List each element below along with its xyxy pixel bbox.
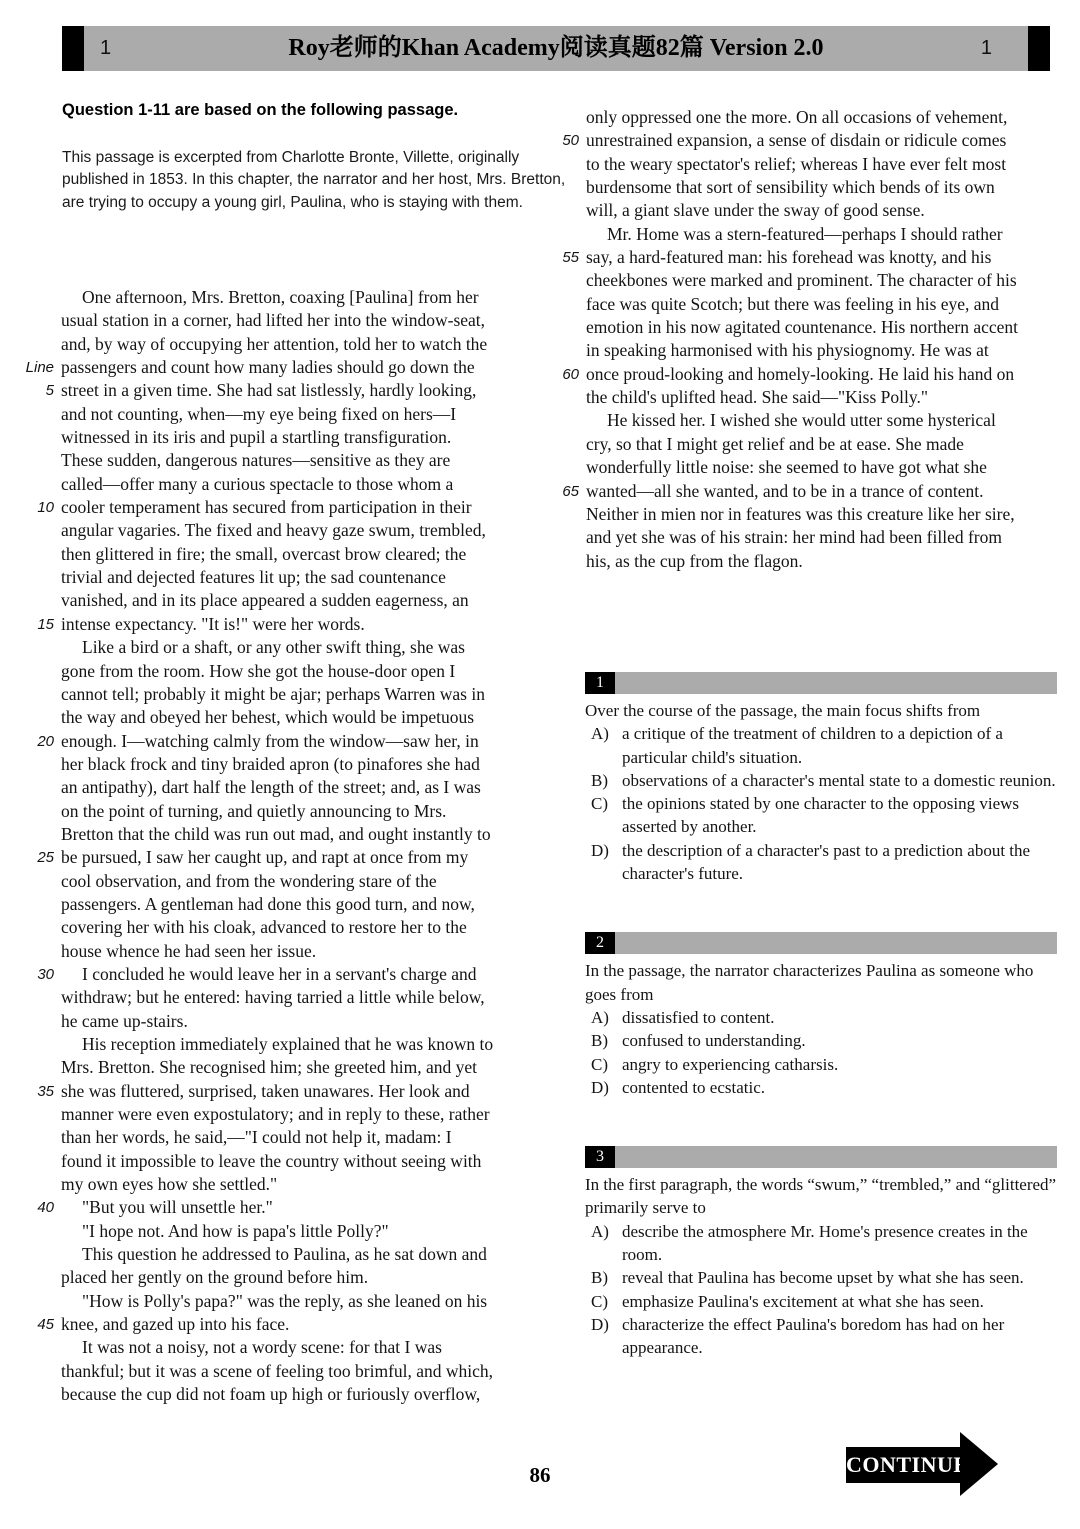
passage-text: will, a giant slave under the sway of go… [586,199,925,222]
passage-line: 45knee, and gazed up into his face. [20,1313,562,1336]
passage-text: cooler temperament has secured from part… [61,496,472,519]
passage-line: face was quite Scotch; but there was fee… [550,293,1080,316]
passage-text: "But you will unsettle her." [61,1196,273,1219]
passage-line: and yet she was of his strain: her mind … [550,526,1080,549]
passage-line: to the weary spectator's relief; whereas… [550,153,1080,176]
answer-choice[interactable]: C)the opinions stated by one character t… [585,792,1057,839]
question-bar-fill [615,672,1057,694]
passage-line: 55say, a hard-featured man: his forehead… [550,246,1080,269]
line-number [550,269,586,292]
header-title: Roy老师的Khan Academy阅读真题82篇 Version 2.0 [62,26,1050,71]
passage-line: and, by way of occupying her attention, … [20,333,562,356]
line-number: 25 [20,846,61,869]
passage-line: His reception immediately explained that… [20,1033,562,1056]
passage-line: 65wanted—all she wanted, and to be in a … [550,480,1080,503]
passage-line: cannot tell; probably it might be ajar; … [20,683,562,706]
passage-text: His reception immediately explained that… [61,1033,493,1056]
passage-text: "I hope not. And how is papa's little Po… [61,1220,389,1243]
answer-choice-label: D) [585,839,622,886]
passage-text: manner were even expostulatory; and in r… [61,1103,490,1126]
passage-text: unrestrained expansion, a sense of disda… [586,129,1006,152]
passage-line: placed her gently on the ground before h… [20,1266,562,1289]
passage-text: knee, and gazed up into his face. [61,1313,289,1336]
line-number: 20 [20,730,61,753]
line-number [20,1243,61,1266]
passage-line: found it impossible to leave the country… [20,1150,562,1173]
continue-button[interactable]: CONTINUE [846,1447,962,1483]
passage-text: placed her gently on the ground before h… [61,1266,368,1289]
question-2: 2In the passage, the narrator characteri… [585,932,1057,1099]
line-number [20,823,61,846]
line-number [20,916,61,939]
passage-line: and not counting, when—my eye being fixe… [20,403,562,426]
passage-line: "I hope not. And how is papa's little Po… [20,1220,562,1243]
passage-line: Neither in mien nor in features was this… [550,503,1080,526]
question-3: 3In the first paragraph, the words “swum… [585,1146,1057,1359]
line-number [20,1290,61,1313]
answer-choice-text: observations of a character's mental sta… [622,769,1057,792]
passage-text: Mrs. Bretton. She recognised him; she gr… [61,1056,477,1079]
line-number [20,660,61,683]
passage-text: she was fluttered, surprised, taken unaw… [61,1080,470,1103]
answer-choice-label: A) [585,1220,622,1267]
line-number [20,519,61,542]
line-number [20,1126,61,1149]
passage-line: usual station in a corner, had lifted he… [20,309,562,332]
passage-text: passengers. A gentleman had done this go… [61,893,475,916]
passage-line: the way and obeyed her behest, which wou… [20,706,562,729]
passage-text: then glittered in fire; the small, overc… [61,543,466,566]
passage-line: covering her with his cloak, advanced to… [20,916,562,939]
question-prompt: Over the course of the passage, the main… [585,699,1057,722]
passage-line: 35she was fluttered, surprised, taken un… [20,1080,562,1103]
passage-line: 25be pursued, I saw her caught up, and r… [20,846,562,869]
line-number [20,1173,61,1196]
passage-line: house whence he had seen her issue. [20,940,562,963]
line-number: 5 [20,379,61,402]
line-number [20,566,61,589]
passage-line: Like a bird or a shaft, or any other swi… [20,636,562,659]
passage-line: It was not a noisy, not a wordy scene: f… [20,1336,562,1359]
passage-line: on the point of turning, and quietly ann… [20,800,562,823]
answer-choice[interactable]: B)confused to understanding. [585,1029,1057,1052]
passage-text: I concluded he would leave her in a serv… [61,963,476,986]
question-number-bar: 1 [585,672,1057,694]
line-number: Line [20,356,61,379]
passage-line: Linepassengers and count how many ladies… [20,356,562,379]
question-bar-fill [615,1146,1057,1168]
answer-choice-label: C) [585,1053,622,1076]
passage-line: He kissed her. I wished she would utter … [550,409,1080,432]
answer-choice[interactable]: B)observations of a character's mental s… [585,769,1057,792]
line-number [20,870,61,893]
passage-text: cannot tell; probably it might be ajar; … [61,683,485,706]
passage-text: enough. I—watching calmly from the windo… [61,730,479,753]
answer-choice-label: B) [585,1029,622,1052]
passage-text: found it impossible to leave the country… [61,1150,481,1173]
passage-text: in speaking harmonised with his physiogn… [586,339,989,362]
line-number [20,1383,61,1406]
passage-text: her black frock and tiny braided apron (… [61,753,480,776]
passage-line: my own eyes how she settled." [20,1173,562,1196]
answer-choice[interactable]: D)contented to ecstatic. [585,1076,1057,1099]
page-header-bar: 1 Roy老师的Khan Academy阅读真题82篇 Version 2.0 … [62,26,1050,71]
passage-text: cool observation, and from the wondering… [61,870,437,893]
line-number [20,706,61,729]
line-number [550,106,586,129]
questions-section: 1Over the course of the passage, the mai… [585,672,1057,1360]
answer-choice[interactable]: A)describe the atmosphere Mr. Home's pre… [585,1220,1057,1267]
passage-line: then glittered in fire; the small, overc… [20,543,562,566]
passage-text: the child's uplifted head. She said—"Kis… [586,386,928,409]
line-number [20,1266,61,1289]
line-number [550,409,586,432]
line-number [550,293,586,316]
test-page: 1 Roy老师的Khan Academy阅读真题82篇 Version 2.0 … [0,0,1080,1529]
passage-line: vanished, and in its place appeared a su… [20,589,562,612]
line-number [20,543,61,566]
passage-text: say, a hard-featured man: his forehead w… [586,246,991,269]
line-number: 50 [550,129,586,152]
passage-line: 10cooler temperament has secured from pa… [20,496,562,519]
line-number [550,456,586,479]
passage-text: the way and obeyed her behest, which wou… [61,706,474,729]
passage-text: house whence he had seen her issue. [61,940,316,963]
passage-text: intense expectancy. "It is!" were her wo… [61,613,365,636]
passage-line: This question he addressed to Paulina, a… [20,1243,562,1266]
passage-text: gone from the room. How she got the hous… [61,660,455,683]
passage-text: cheekbones were marked and prominent. Th… [586,269,1017,292]
answer-choice-label: D) [585,1076,622,1099]
line-number [550,339,586,362]
passage-line: called—offer many a curious spectacle to… [20,473,562,496]
passage-text: angular vagaries. The fixed and heavy ga… [61,519,486,542]
answer-choice-label: C) [585,792,622,839]
passage-text: Mr. Home was a stern-featured—perhaps I … [586,223,1003,246]
passage-line: cool observation, and from the wondering… [20,870,562,893]
passage-line: gone from the room. How she got the hous… [20,660,562,683]
line-number [20,893,61,916]
line-number [20,800,61,823]
passage-text: my own eyes how she settled." [61,1173,277,1196]
line-number [20,753,61,776]
line-number [20,1010,61,1033]
passage-text: emotion in his now agitated countenance.… [586,316,1018,339]
passage-text: once proud-looking and homely-looking. H… [586,363,1014,386]
answer-choice[interactable]: D)characterize the effect Paulina's bore… [585,1313,1057,1360]
passage-line: 50unrestrained expansion, a sense of dis… [550,129,1080,152]
passage-line: passengers. A gentleman had done this go… [20,893,562,916]
passage-text: be pursued, I saw her caught up, and rap… [61,846,468,869]
passage-line: thankful; but it was a scene of feeling … [20,1360,562,1383]
passage-line: angular vagaries. The fixed and heavy ga… [20,519,562,542]
answer-choice[interactable]: A)dissatisfied to content. [585,1006,1057,1029]
passage-line: witnessed in its iris and pupil a startl… [20,426,562,449]
answer-choice[interactable]: D)the description of a character's past … [585,839,1057,886]
passage-text: witnessed in its iris and pupil a startl… [61,426,451,449]
line-number [550,503,586,526]
passage-text: his, as the cup from the flagon. [586,550,803,573]
passage-text: Neither in mien nor in features was this… [586,503,1015,526]
passage-text: It was not a noisy, not a wordy scene: f… [61,1336,442,1359]
answer-choice-text: dissatisfied to content. [622,1006,1057,1029]
answer-choice-label: A) [585,722,622,769]
line-number [550,316,586,339]
line-number [20,449,61,472]
line-number [20,589,61,612]
line-number [20,776,61,799]
passage-text: This question he addressed to Paulina, a… [61,1243,487,1266]
passage-source-note: This passage is excerpted from Charlotte… [62,147,570,214]
answer-choice[interactable]: A)a critique of the treatment of childre… [585,722,1057,769]
line-number [20,333,61,356]
question-number-bar: 3 [585,1146,1057,1168]
passage-line: wonderfully little noise: she seemed to … [550,456,1080,479]
passage-line: in speaking harmonised with his physiogn… [550,339,1080,362]
passage-line: withdraw; but he entered: having tarried… [20,986,562,1009]
answer-choice-text: a critique of the treatment of children … [622,722,1057,769]
passage-text: withdraw; but he entered: having tarried… [61,986,485,1009]
line-number [550,153,586,176]
passage-text: and yet she was of his strain: her mind … [586,526,1002,549]
line-number [20,1336,61,1359]
passage-text: usual station in a corner, had lifted he… [61,309,485,332]
line-number [20,403,61,426]
line-number: 65 [550,480,586,503]
line-number [20,940,61,963]
passage-line: Bretton that the child was run out mad, … [20,823,562,846]
line-number [550,199,586,222]
line-number: 60 [550,363,586,386]
passage-text: he came up-stairs. [61,1010,188,1033]
line-number: 40 [20,1196,61,1219]
passage-text: an antipathy), dart half the length of t… [61,776,481,799]
passage-text: wonderfully little noise: she seemed to … [586,456,987,479]
line-number [20,1056,61,1079]
passage-text: cry, so that I might get relief and be a… [586,433,964,456]
answer-choice-text: describe the atmosphere Mr. Home's prese… [622,1220,1057,1267]
passage-text: wanted—all she wanted, and to be in a tr… [586,480,984,503]
line-number [20,1103,61,1126]
answer-choice-text: emphasize Paulina's excitement at what s… [622,1290,1057,1313]
passage-text: burdensome that sort of sensibility whic… [586,176,995,199]
line-number [550,433,586,456]
answer-choice-text: characterize the effect Paulina's boredo… [622,1313,1057,1360]
passage-line: trivial and dejected features lit up; th… [20,566,562,589]
answer-choice[interactable]: C)angry to experiencing catharsis. [585,1053,1057,1076]
line-number [20,683,61,706]
answer-choice-text: the opinions stated by one character to … [622,792,1057,839]
passage-line: 30I concluded he would leave her in a se… [20,963,562,986]
passage-text: trivial and dejected features lit up; th… [61,566,446,589]
passage-text: vanished, and in its place appeared a su… [61,589,469,612]
passage-line: 15intense expectancy. "It is!" were her … [20,613,562,636]
line-number: 30 [20,963,61,986]
line-number [20,1033,61,1056]
passage-text: thankful; but it was a scene of feeling … [61,1360,493,1383]
passage-line: an antipathy), dart half the length of t… [20,776,562,799]
answer-choice-text: angry to experiencing catharsis. [622,1053,1057,1076]
line-number: 35 [20,1080,61,1103]
passage-text: street in a given time. She had sat list… [61,379,476,402]
question-prompt: In the passage, the narrator characteriz… [585,959,1057,1006]
answer-choice-text: contented to ecstatic. [622,1076,1057,1099]
passage-text: "How is Polly's papa?" was the reply, as… [61,1290,487,1313]
question-number: 1 [585,672,615,694]
question-1: 1Over the course of the passage, the mai… [585,672,1057,885]
passage-text: because the cup did not foam up high or … [61,1383,480,1406]
passage-text: Bretton that the child was run out mad, … [61,823,491,846]
passage-line: One afternoon, Mrs. Bretton, coaxing [Pa… [20,286,562,309]
answer-choice[interactable]: C)emphasize Paulina's excitement at what… [585,1290,1057,1313]
passage-line: than her words, he said,—"I could not he… [20,1126,562,1149]
line-number: 45 [20,1313,61,1336]
line-number: 15 [20,613,61,636]
question-number: 3 [585,1146,615,1168]
line-number [20,986,61,1009]
line-number [550,176,586,199]
passage-line: cry, so that I might get relief and be a… [550,433,1080,456]
passage-text: Like a bird or a shaft, or any other swi… [61,636,465,659]
passage-text: called—offer many a curious spectacle to… [61,473,453,496]
passage-text: face was quite Scotch; but there was fee… [586,293,999,316]
passage-line: 40"But you will unsettle her." [20,1196,562,1219]
line-number [550,386,586,409]
passage-line: These sudden, dangerous natures—sensitiv… [20,449,562,472]
question-number-bar: 2 [585,932,1057,954]
passage-text: only oppressed one the more. On all occa… [586,106,1007,129]
answer-choice[interactable]: B)reveal that Paulina has become upset b… [585,1266,1057,1289]
line-number [20,636,61,659]
passage-text: on the point of turning, and quietly ann… [61,800,446,823]
line-number: 10 [20,496,61,519]
question-prompt: In the first paragraph, the words “swum,… [585,1173,1057,1220]
line-number [20,1360,61,1383]
question-number: 2 [585,932,615,954]
header-section-number-right: 1 [981,26,992,71]
line-number [20,1220,61,1243]
passage-text: These sudden, dangerous natures—sensitiv… [61,449,450,472]
passage-line: 60once proud-looking and homely-looking.… [550,363,1080,386]
passage-line: Mrs. Bretton. She recognised him; she gr… [20,1056,562,1079]
line-number [20,473,61,496]
passage-line: he came up-stairs. [20,1010,562,1033]
answer-choice-label: C) [585,1290,622,1313]
passage-column-right: only oppressed one the more. On all occa… [550,106,1080,573]
passage-line: burdensome that sort of sensibility whic… [550,176,1080,199]
question-bar-fill [615,932,1057,954]
answer-choice-label: B) [585,1266,622,1289]
passage-line: the child's uplifted head. She said—"Kis… [550,386,1080,409]
answer-choice-label: B) [585,769,622,792]
passage-line: because the cup did not foam up high or … [20,1383,562,1406]
passage-line: will, a giant slave under the sway of go… [550,199,1080,222]
passage-line: 20enough. I—watching calmly from the win… [20,730,562,753]
passage-line: only oppressed one the more. On all occa… [550,106,1080,129]
passage-column-left: One afternoon, Mrs. Bretton, coaxing [Pa… [20,286,562,1407]
passage-text: One afternoon, Mrs. Bretton, coaxing [Pa… [61,286,479,309]
passage-line: Mr. Home was a stern-featured—perhaps I … [550,223,1080,246]
answer-choice-label: A) [585,1006,622,1029]
passage-directions: Question 1-11 are based on the following… [62,101,570,120]
answer-choice-label: D) [585,1313,622,1360]
passage-text: and not counting, when—my eye being fixe… [61,403,456,426]
line-number [20,309,61,332]
answer-choice-text: reveal that Paulina has become upset by … [622,1266,1057,1289]
passage-text: He kissed her. I wished she would utter … [586,409,996,432]
line-number [550,526,586,549]
passage-line: emotion in his now agitated countenance.… [550,316,1080,339]
line-number: 55 [550,246,586,269]
line-number [20,286,61,309]
line-number [20,1150,61,1173]
answer-choice-text: confused to understanding. [622,1029,1057,1052]
passage-text: to the weary spectator's relief; whereas… [586,153,1006,176]
passage-text: and, by way of occupying her attention, … [61,333,487,356]
passage-line: 5street in a given time. She had sat lis… [20,379,562,402]
passage-line: his, as the cup from the flagon. [550,550,1080,573]
passage-line: manner were even expostulatory; and in r… [20,1103,562,1126]
passage-text: passengers and count how many ladies sho… [61,356,475,379]
passage-line: her black frock and tiny braided apron (… [20,753,562,776]
passage-line: "How is Polly's papa?" was the reply, as… [20,1290,562,1313]
passage-text: than her words, he said,—"I could not he… [61,1126,452,1149]
answer-choice-text: the description of a character's past to… [622,839,1057,886]
line-number [550,223,586,246]
passage-text: covering her with his cloak, advanced to… [61,916,467,939]
line-number [550,550,586,573]
continue-arrow-icon[interactable] [960,1432,998,1496]
line-number [20,426,61,449]
passage-line: cheekbones were marked and prominent. Th… [550,269,1080,292]
